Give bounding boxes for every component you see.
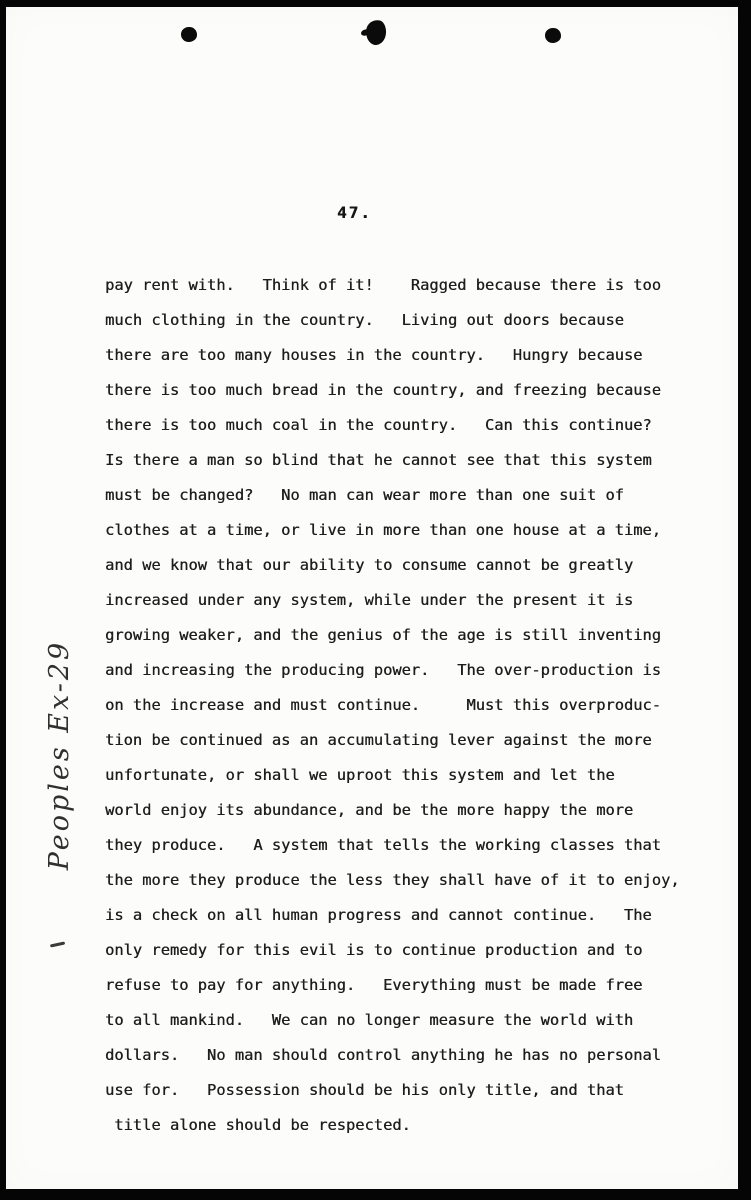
punch-dot-left-icon (181, 27, 197, 42)
typewritten-line: growing weaker, and the genius of the ag… (105, 618, 695, 653)
scan-frame: 47. pay rent with. Think of it! Ragged b… (0, 0, 751, 1200)
typewritten-line: to all mankind. We can no longer measure… (105, 1003, 695, 1038)
typewritten-line: Is there a man so blind that he cannot s… (105, 443, 695, 478)
typewritten-line: tion be continued as an accumulating lev… (105, 723, 695, 758)
typewritten-line: there is too much coal in the country. C… (105, 408, 695, 443)
typewritten-line: unfortunate, or shall we uproot this sys… (105, 758, 695, 793)
typewritten-line: there are too many houses in the country… (105, 338, 695, 373)
punch-dot-center-icon (364, 19, 387, 47)
ink-blob-tail (360, 28, 370, 36)
margin-tick-mark (50, 941, 65, 947)
typewritten-line: is a check on all human progress and can… (105, 898, 695, 933)
typewritten-line: much clothing in the country. Living out… (105, 303, 695, 338)
typewritten-line: must be changed? No man can wear more th… (105, 478, 695, 513)
scanned-page: 47. pay rent with. Think of it! Ragged b… (6, 7, 738, 1189)
typewritten-line: and we know that our ability to consume … (105, 548, 695, 583)
typewritten-line: the more they produce the less they shal… (105, 863, 695, 898)
typewritten-line: they produce. A system that tells the wo… (105, 828, 695, 863)
typewritten-line: pay rent with. Think of it! Ragged becau… (105, 268, 695, 303)
typewritten-line: on the increase and must continue. Must … (105, 688, 695, 723)
typewritten-line: dollars. No man should control anything … (105, 1038, 695, 1073)
typewritten-line: world enjoy its abundance, and be the mo… (105, 793, 695, 828)
typewritten-line: use for. Possession should be his only t… (105, 1073, 695, 1108)
typewritten-text-block: pay rent with. Think of it! Ragged becau… (105, 268, 695, 1143)
punch-dot-right-icon (545, 28, 561, 43)
typewritten-line: title alone should be respected. (105, 1108, 695, 1143)
typewritten-line: there is too much bread in the country, … (105, 373, 695, 408)
typewritten-line: clothes at a time, or live in more than … (105, 513, 695, 548)
typewritten-line: refuse to pay for anything. Everything m… (105, 968, 695, 1003)
typewritten-line: and increasing the producing power. The … (105, 653, 695, 688)
typewritten-line: increased under any system, while under … (105, 583, 695, 618)
typewritten-line: only remedy for this evil is to continue… (105, 933, 695, 968)
exhibit-stamp-handwriting: Peoples Ex-29 (44, 620, 80, 890)
page-number: 47. (337, 203, 372, 222)
